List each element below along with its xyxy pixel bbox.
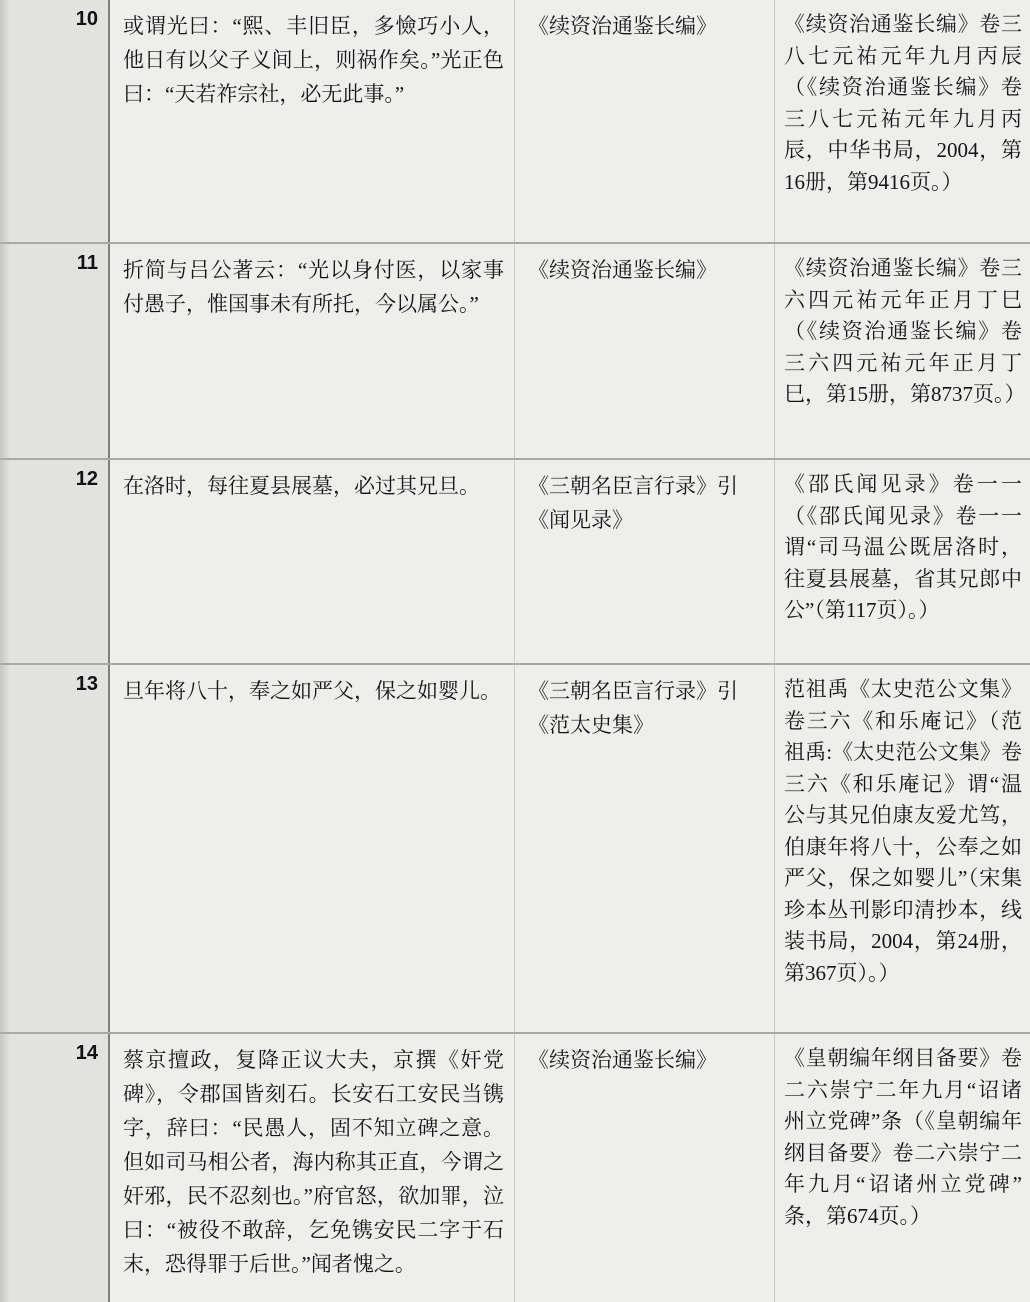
source-cell: 《三朝名臣言行录》引《闻见录》	[515, 460, 775, 663]
row-number-cell: 10	[0, 0, 110, 242]
quote-cell: 折简与吕公著云：“光以身付医，以家事付愚子，惟国事未有所托，今以属公。”	[110, 244, 515, 458]
table-row: 14 蔡京擅政，复降正议大夫，京撰《奸党碑》，令郡国皆刻石。长安石工安民当镌字，…	[0, 1032, 1030, 1302]
table-row: 12 在洛时，每往夏县展墓，必过其兄旦。 《三朝名臣言行录》引《闻见录》 《邵氏…	[0, 458, 1030, 663]
quote-cell: 在洛时，每往夏县展墓，必过其兄旦。	[110, 460, 515, 663]
row-number-cell: 14	[0, 1034, 110, 1302]
citation-table: 10 或谓光曰：“熙、丰旧臣，多憸巧小人，他日有以父子义间上，则祸作矣。”光正色…	[0, 0, 1030, 1302]
quote-cell: 旦年将八十，奉之如严父，保之如婴儿。	[110, 665, 515, 1032]
table-row: 11 折简与吕公著云：“光以身付医，以家事付愚子，惟国事未有所托，今以属公。” …	[0, 242, 1030, 458]
citation-cell: 《续资治通鉴长编》卷三八七元祐元年九月丙辰（《续资治通鉴长编》卷三八七元祐元年九…	[775, 0, 1030, 242]
citation-cell: 《皇朝编年纲目备要》卷二六崇宁二年九月“诏诸州立党碑”条（《皇朝编年纲目备要》卷…	[775, 1034, 1030, 1302]
row-number-cell: 11	[0, 244, 110, 458]
table-row: 10 或谓光曰：“熙、丰旧臣，多憸巧小人，他日有以父子义间上，则祸作矣。”光正色…	[0, 0, 1030, 242]
source-cell: 《续资治通鉴长编》	[515, 1034, 775, 1302]
source-cell: 《续资治通鉴长编》	[515, 244, 775, 458]
quote-cell: 或谓光曰：“熙、丰旧臣，多憸巧小人，他日有以父子义间上，则祸作矣。”光正色曰：“…	[110, 0, 515, 242]
quote-cell: 蔡京擅政，复降正议大夫，京撰《奸党碑》，令郡国皆刻石。长安石工安民当镌字，辞曰：…	[110, 1034, 515, 1302]
table-row: 13 旦年将八十，奉之如严父，保之如婴儿。 《三朝名臣言行录》引《范太史集》 范…	[0, 663, 1030, 1032]
row-number-cell: 13	[0, 665, 110, 1032]
citation-cell: 《邵氏闻见录》卷一一（《邵氏闻见录》卷一一谓“司马温公既居洛时，往夏县展墓，省其…	[775, 460, 1030, 663]
source-cell: 《三朝名臣言行录》引《范太史集》	[515, 665, 775, 1032]
citation-cell: 范祖禹《太史范公文集》卷三六《和乐庵记》（范祖禹:《太史范公文集》卷三六《和乐庵…	[775, 665, 1030, 1032]
citation-cell: 《续资治通鉴长编》卷三六四元祐元年正月丁巳（《续资治通鉴长编》卷三六四元祐元年正…	[775, 244, 1030, 458]
source-cell: 《续资治通鉴长编》	[515, 0, 775, 242]
row-number-cell: 12	[0, 460, 110, 663]
